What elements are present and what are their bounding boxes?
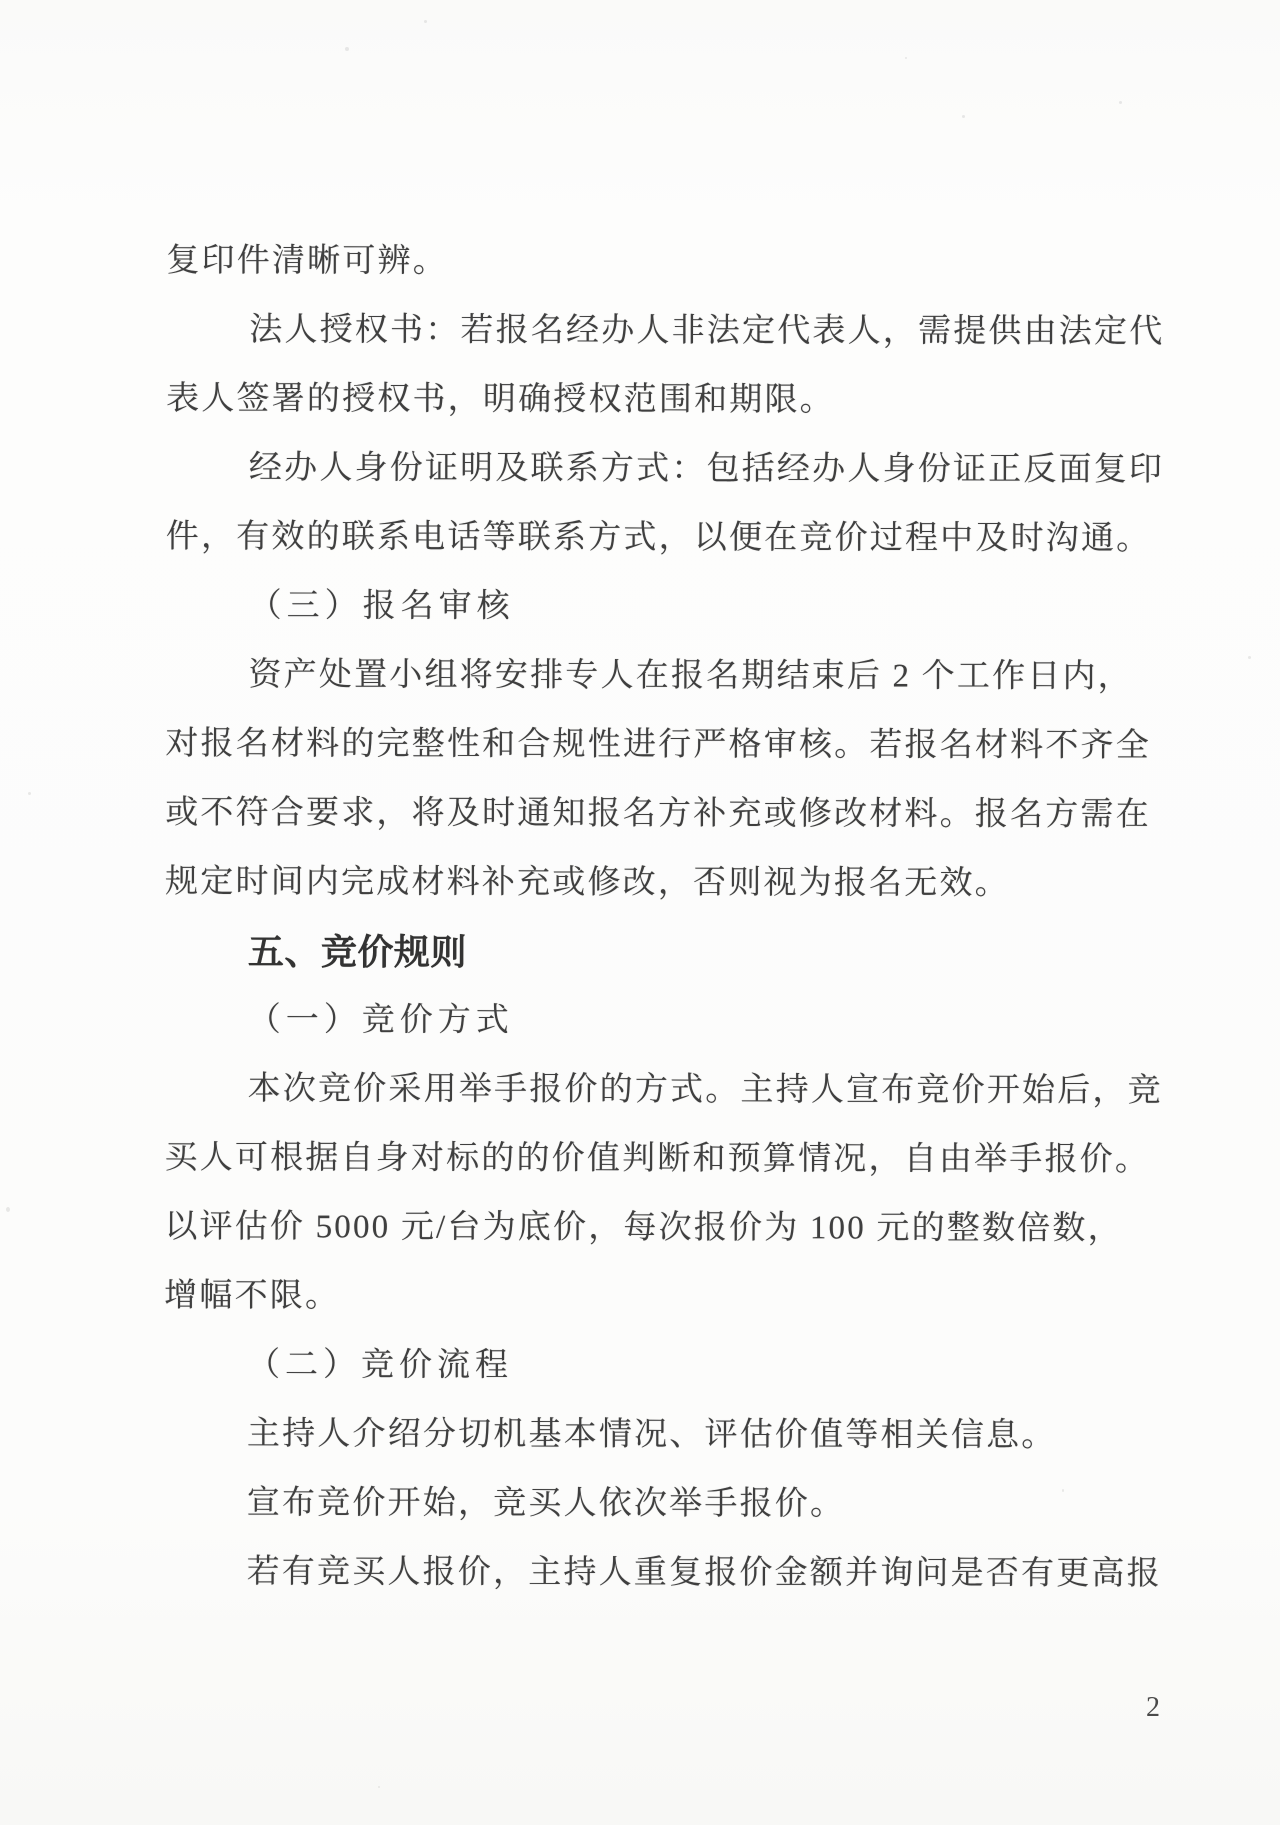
document-text-block: 复印件清晰可辨。 法人授权书：若报名经办人非法定代表人，需提供由法定代 表人签署… [164,227,1167,1609]
text-line: 资产处置小组将安排专人在报名期结束后 2 个工作日内， [165,641,1165,712]
text-line: 若有竞买人报价，主持人重复报价金额并询问是否有更高报 [164,1538,1164,1609]
section-heading-bidding-rules: 五、竞价规则 [165,917,1165,988]
text-line: 宣布竞价开始，竞买人依次举手报价。 [164,1469,1164,1540]
text-line: 对报名材料的完整性和合规性进行严格审核。若报名材料不齐全 [165,710,1165,781]
subsection-heading-registration-review: （三）报名审核 [166,572,1166,643]
text-line: 本次竞价采用举手报价的方式。主持人宣布竞价开始后，竞 [165,1055,1165,1126]
scan-speckle [1062,1489,1064,1492]
text-line: 增幅不限。 [164,1262,1164,1333]
scan-speckle [1119,101,1122,104]
text-line: 规定时间内完成材料补充或修改，否则视为报名无效。 [165,848,1165,919]
text-line: 或不符合要求，将及时通知报名方补充或修改材料。报名方需在 [165,779,1165,850]
text-line: 以评估价 5000 元/台为底价，每次报价为 100 元的整数倍数， [164,1193,1164,1264]
text-line: 经办人身份证明及联系方式：包括经办人身份证正反面复印 [166,434,1166,505]
page-number: 2 [1146,1692,1160,1724]
scan-speckle [28,792,31,795]
scan-speckle [6,1207,10,1212]
text-line: 买人可根据自身对标的的价值判断和预算情况，自由举手报价。 [164,1124,1164,1195]
text-line: 法人授权书：若报名经办人非法定代表人，需提供由法定代 [166,296,1166,367]
text-line: 表人签署的授权书，明确授权范围和期限。 [166,365,1166,436]
scan-speckle [378,1786,380,1788]
scan-speckle [345,47,349,51]
scanned-document-page: 复印件清晰可辨。 法人授权书：若报名经办人非法定代表人，需提供由法定代 表人签署… [0,0,1280,1825]
scan-speckle [1248,656,1251,659]
scan-speckle [905,57,907,59]
text-line: 复印件清晰可辨。 [166,227,1166,298]
scan-speckle [424,20,427,23]
subsection-heading-bidding-process: （二）竞价流程 [164,1331,1164,1402]
subsection-heading-bidding-method: （一）竞价方式 [165,986,1165,1057]
text-line: 件，有效的联系电话等联系方式，以便在竞价过程中及时沟通。 [166,503,1166,574]
scan-speckle [962,115,965,118]
text-line: 主持人介绍分切机基本情况、评估价值等相关信息。 [164,1400,1164,1471]
